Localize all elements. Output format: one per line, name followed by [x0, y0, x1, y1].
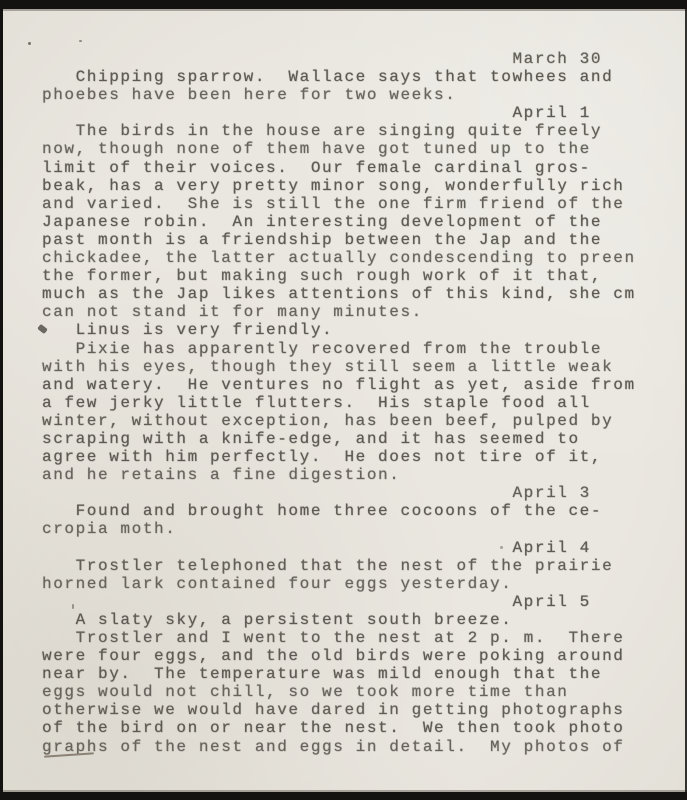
text-line: and watery. He ventures no flight as yet… — [42, 376, 652, 394]
text-line: otherwise we would have dared in getting… — [42, 701, 652, 719]
text-line: and he retains a fine digestion. — [42, 466, 652, 484]
text-line: Japanese robin. An interesting developme… — [42, 213, 652, 231]
scan-border-left — [0, 0, 3, 800]
text-line: phoebes have been here for two weeks. — [42, 86, 652, 104]
text-line: cropia moth. — [42, 520, 652, 538]
dust-speck — [79, 40, 82, 42]
text-line: limit of their voices. Our female cardin… — [42, 159, 652, 177]
text-line: Trostler and I went to the nest at 2 p. … — [42, 629, 652, 647]
text-line: April 5 — [42, 593, 652, 611]
text-line: were four eggs, and the old birds were p… — [42, 647, 652, 665]
text-line: Linus is very friendly. — [42, 321, 652, 339]
text-line: Trostler telephoned that the nest of the… — [42, 557, 652, 575]
text-line: the former, but making such rough work o… — [42, 267, 652, 285]
text-line: Pixie has apparently recovered from the … — [42, 340, 652, 358]
stray-mark — [72, 604, 74, 609]
text-line: winter, without exception, has been beef… — [42, 412, 652, 430]
text-line: April 1 — [42, 104, 652, 122]
text-line: with his eyes, though they still seem a … — [42, 358, 652, 376]
text-line: now, though none of them have got tuned … — [42, 140, 652, 158]
text-line: April 4 — [42, 539, 652, 557]
text-line: The birds in the house are singing quite… — [42, 122, 652, 140]
text-line: past month is a friendship between the J… — [42, 231, 652, 249]
text-line: a few jerky little flutters. His staple … — [42, 394, 652, 412]
dust-speck — [28, 42, 31, 45]
text-line: near by. The temperature was mild enough… — [42, 665, 652, 683]
text-line: beak, has a very pretty minor song, wond… — [42, 177, 652, 195]
text-line: scraping with a knife-edge, and it has s… — [42, 430, 652, 448]
scan-border-bottom — [0, 792, 687, 800]
text-line: eggs would not chill, so we took more ti… — [42, 683, 652, 701]
text-line: Chipping sparrow. Wallace says that towh… — [42, 68, 652, 86]
text-line: of the bird on or near the nest. We then… — [42, 719, 652, 737]
text-line: Found and brought home three cocoons of … — [42, 502, 652, 520]
text-line: can not stand it for many minutes. — [42, 303, 652, 321]
text-line: graphs of the nest and eggs in detail. M… — [42, 738, 652, 756]
scan-border-top — [0, 0, 687, 9]
text-line: April 3 — [42, 484, 652, 502]
text-line: chickadee, the latter actually condescen… — [42, 249, 652, 267]
scanned-journal-page: March 30 Chipping sparrow. Wallace says … — [0, 0, 687, 800]
text-block: March 30 Chipping sparrow. Wallace says … — [42, 50, 652, 756]
text-line: agree with him perfectly. He does not ti… — [42, 448, 652, 466]
text-line: March 30 — [42, 50, 652, 68]
dust-speck — [500, 546, 503, 549]
text-line: and varied. She is still the one firm fr… — [42, 195, 652, 213]
text-line: A slaty sky, a persistent south breeze. — [42, 611, 652, 629]
text-line: much as the Jap likes attentions of this… — [42, 285, 652, 303]
text-line: horned lark contained four eggs yesterda… — [42, 575, 652, 593]
